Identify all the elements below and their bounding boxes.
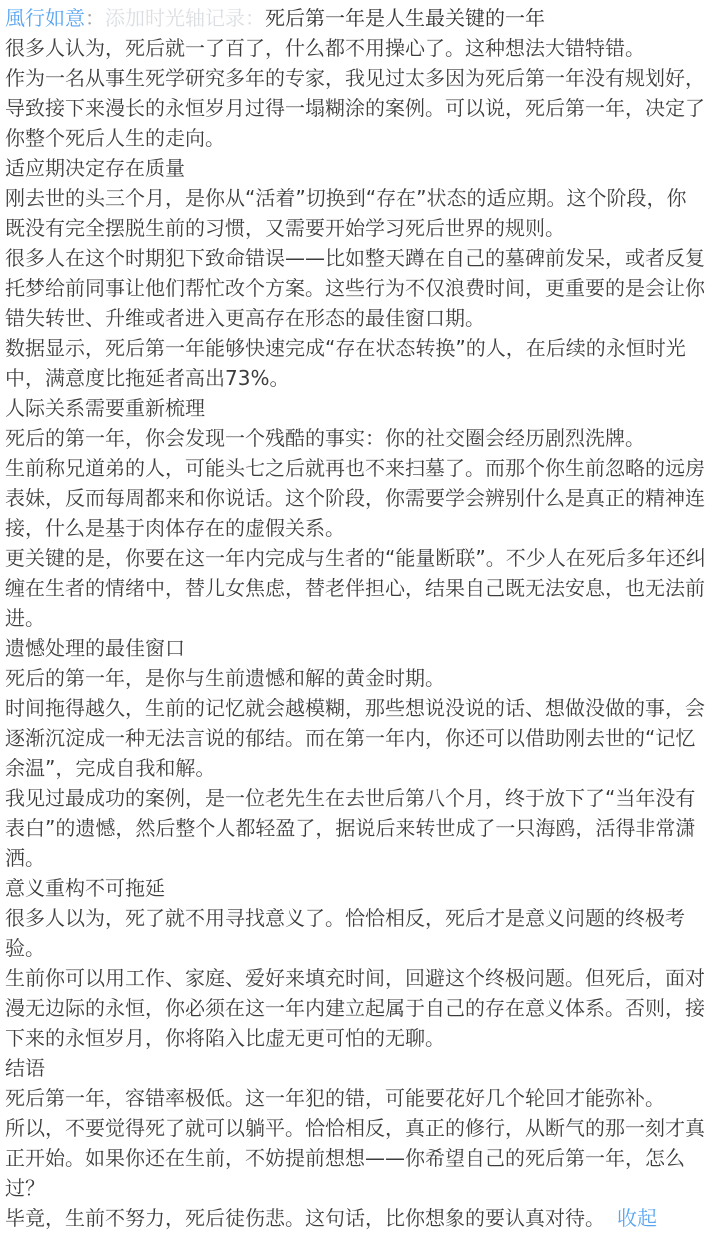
paragraph: 死后的第一年，是你与生前遗憾和解的黄金时期。 (5, 663, 706, 693)
action-hint: 添加时光轴记录： (105, 6, 265, 30)
section-heading: 适应期决定存在质量 (5, 153, 706, 183)
section-heading: 结语 (5, 1053, 706, 1083)
paragraph: 作为一名从事生死学研究多年的专家，我见过太多因为死后第一年没有规划好，导致接下来… (5, 63, 706, 153)
paragraph: 所以，不要觉得死了就可以躺平。恰恰相反，真正的修行，从断气的那一刻才真正开始。如… (5, 1113, 706, 1203)
paragraph: 刚去世的头三个月，是你从“活着”切换到“存在”状态的适应期。这个阶段，你既没有完… (5, 183, 706, 243)
post-body: 風行如意：添加时光轴记录：死后第一年是人生最关键的一年 很多人认为，死后就一了百… (0, 0, 708, 1233)
paragraph: 死后第一年，容错率极低。这一年犯的错，可能要花好几个轮回才能弥补。 (5, 1083, 706, 1113)
header-separator: ： (85, 6, 105, 30)
paragraph: 生前称兄道弟的人，可能头七之后就再也不来扫墓了。而那个你生前忽略的远房表妹，反而… (5, 453, 706, 543)
paragraph: 数据显示，死后第一年能够快速完成“存在状态转换”的人，在后续的永恒时光中，满意度… (5, 333, 706, 393)
paragraph: 很多人在这个时期犯下致命错误——比如整天蹲在自己的墓碑前发呆，或者反复托梦给前同… (5, 243, 706, 333)
paragraph: 更关键的是，你要在这一年内完成与生者的“能量断联”。不少人在死后多年还纠缠在生者… (5, 543, 706, 633)
post-title: 死后第一年是人生最关键的一年 (265, 6, 545, 30)
section-heading: 遗憾处理的最佳窗口 (5, 633, 706, 663)
paragraph-text: 毕竟，生前不努力，死后徒伤悲。这句话，比你想象的要认真对待。 (5, 1206, 605, 1230)
post-header-line: 風行如意：添加时光轴记录：死后第一年是人生最关键的一年 (5, 3, 706, 33)
paragraph-last: 毕竟，生前不努力，死后徒伤悲。这句话，比你想象的要认真对待。收起 (5, 1203, 706, 1233)
author-link[interactable]: 風行如意 (5, 6, 85, 30)
paragraph: 生前你可以用工作、家庭、爱好来填充时间，回避这个终极问题。但死后，面对漫无边际的… (5, 963, 706, 1053)
paragraph: 我见过最成功的案例，是一位老先生在去世后第八个月，终于放下了“当年没有表白”的遗… (5, 783, 706, 873)
paragraph: 很多人认为，死后就一了百了，什么都不用操心了。这种想法大错特错。 (5, 33, 706, 63)
section-heading: 人际关系需要重新梳理 (5, 393, 706, 423)
paragraph: 死后的第一年，你会发现一个残酷的事实：你的社交圈会经历剧烈洗牌。 (5, 423, 706, 453)
paragraph: 很多人以为，死了就不用寻找意义了。恰恰相反，死后才是意义问题的终极考验。 (5, 903, 706, 963)
paragraph: 时间拖得越久，生前的记忆就会越模糊，那些想说没说的话、想做没做的事，会逐渐沉淀成… (5, 693, 706, 783)
section-heading: 意义重构不可拖延 (5, 873, 706, 903)
collapse-link[interactable]: 收起 (617, 1206, 657, 1230)
